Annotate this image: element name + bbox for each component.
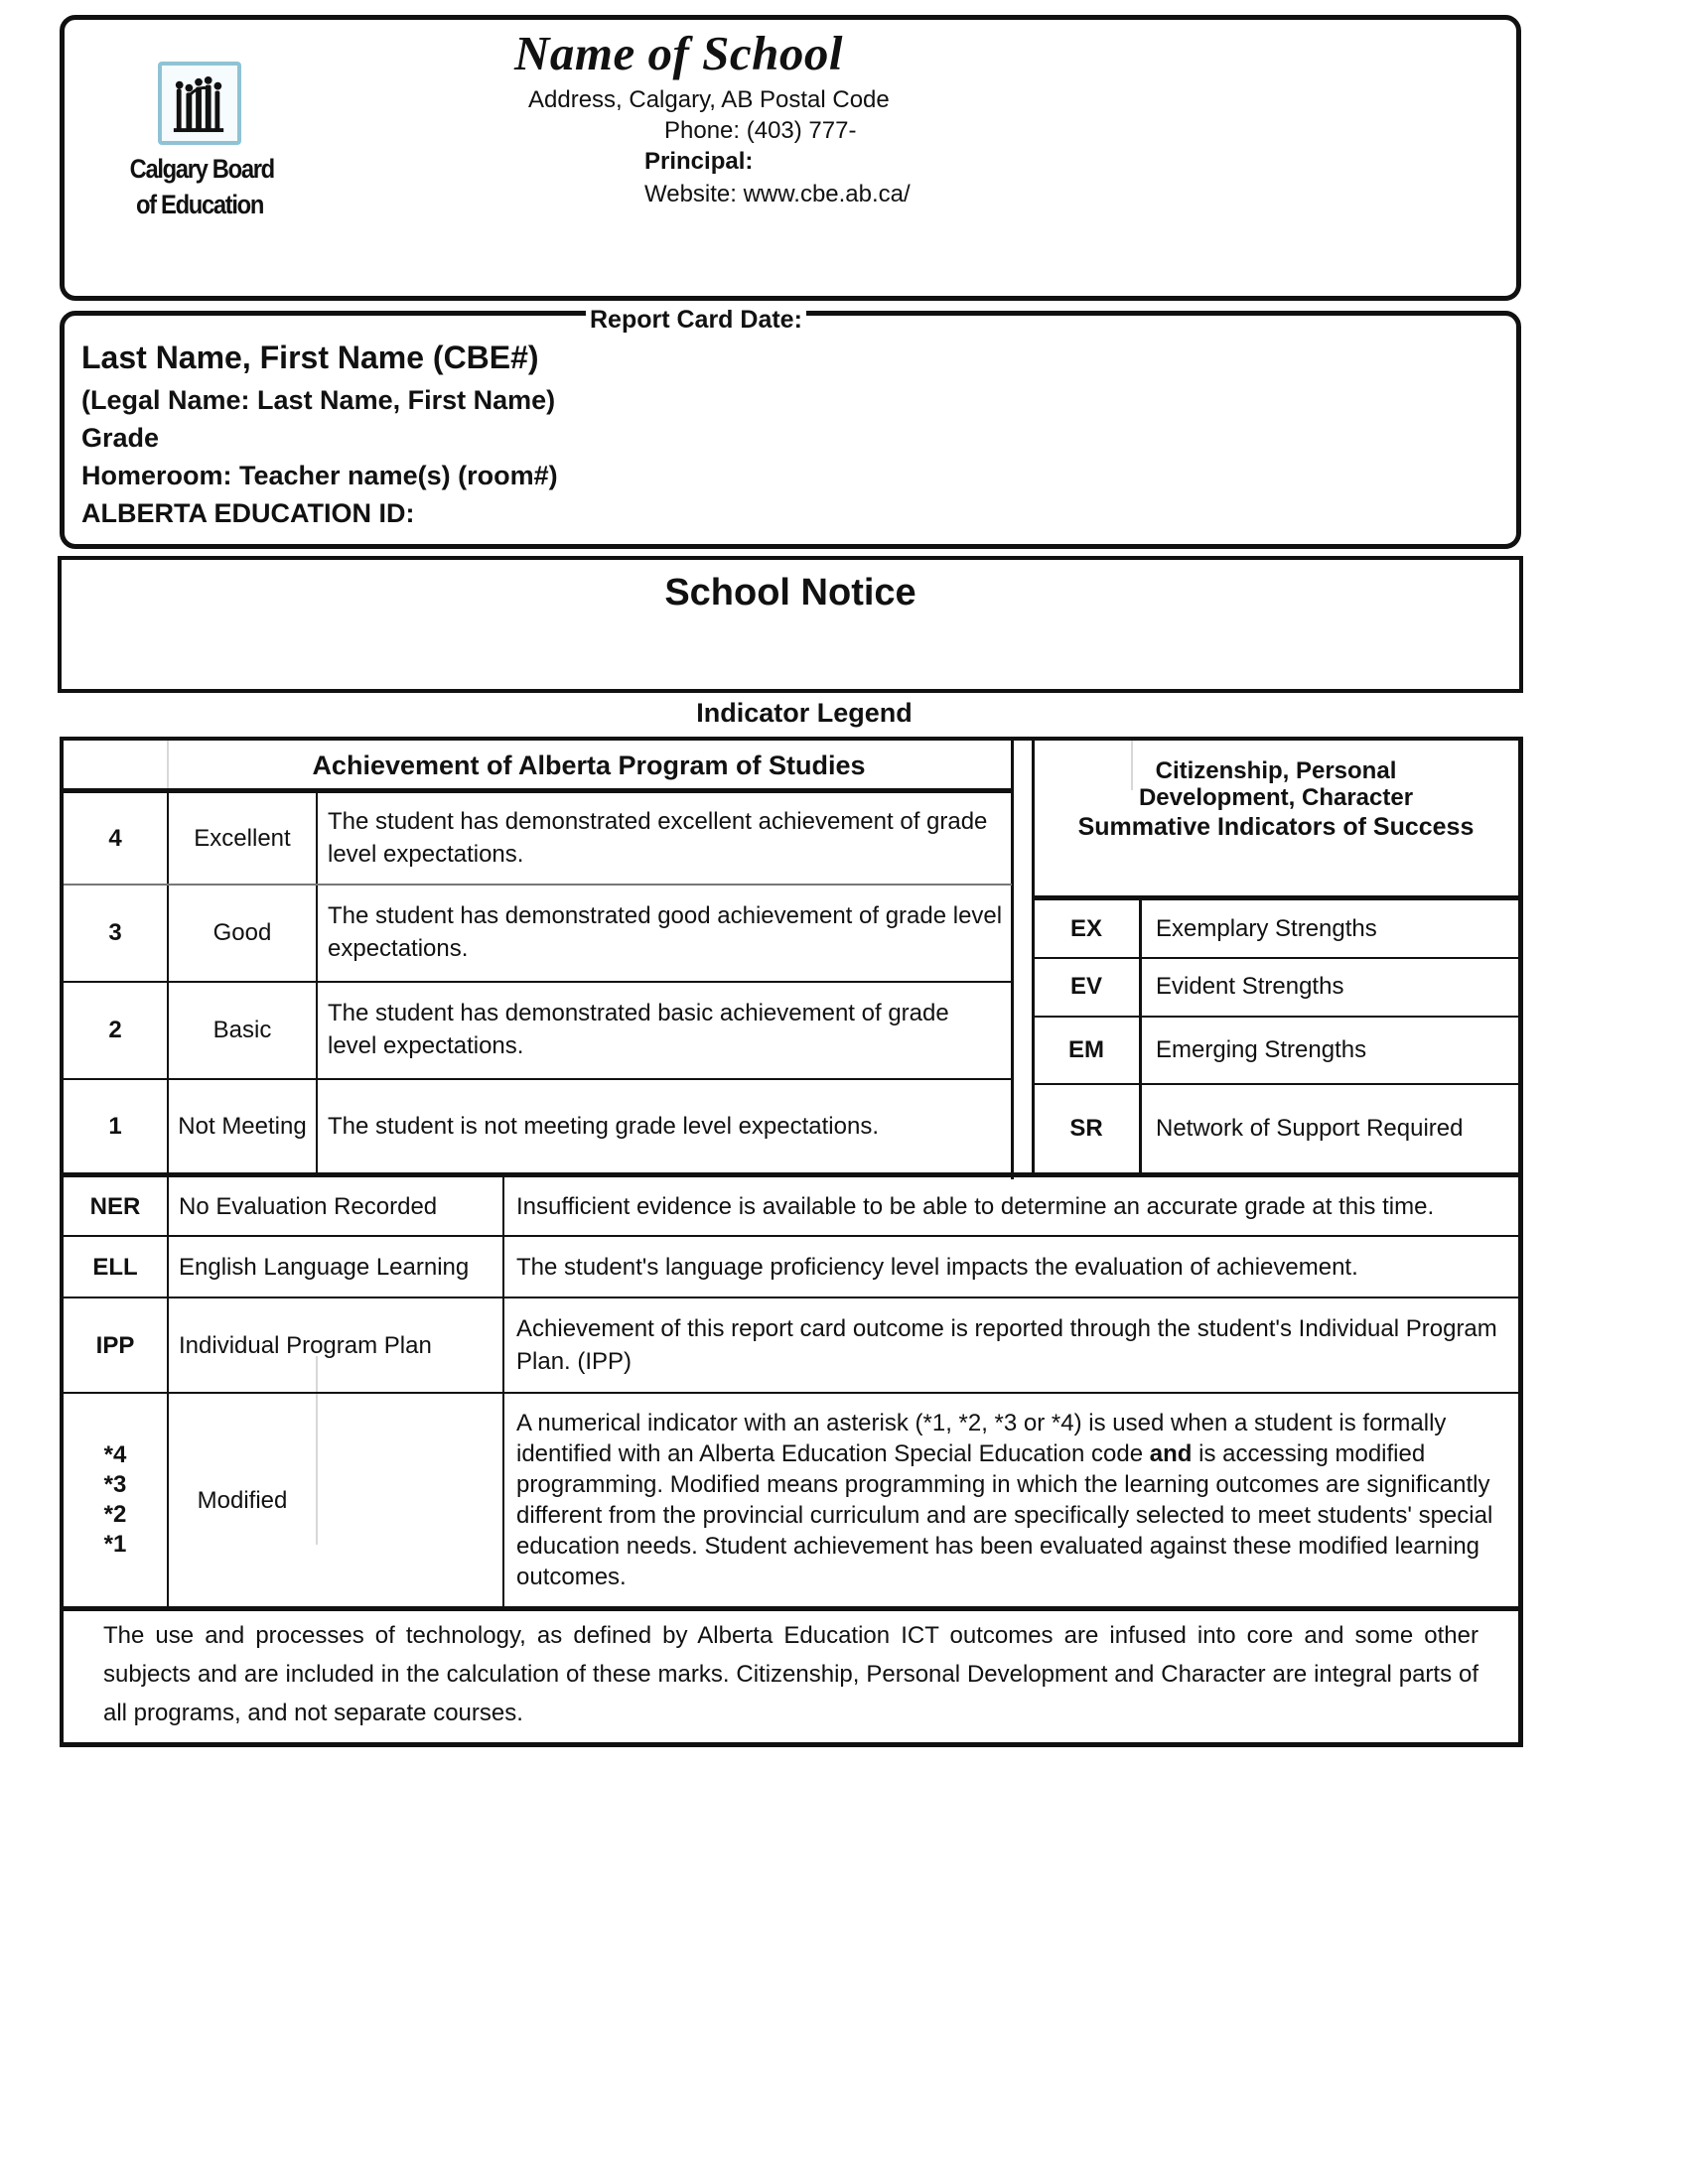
student-name: Last Name, First Name (CBE#) [81, 340, 539, 376]
citizenship-label: Exemplary Strengths [1156, 899, 1513, 957]
school-phone: Phone: (403) 777- [664, 117, 856, 145]
citizenship-code: EM [1034, 1016, 1139, 1083]
citizenship-label: Evident Strengths [1156, 957, 1513, 1016]
citizenship-code: EX [1034, 899, 1139, 957]
people-group-icon [158, 62, 241, 145]
modified-code: *3 [104, 1470, 127, 1500]
modified-label: Modified [169, 1394, 316, 1606]
achievement-label: Excellent [169, 792, 316, 884]
logo-text-line2: of Education [130, 187, 270, 222]
citizenship-header: Citizenship, Personal Development, Chara… [1034, 751, 1518, 850]
indicator-label: English Language Learning [179, 1237, 502, 1297]
indicator-description: The student's language proficiency level… [516, 1237, 1509, 1297]
indicator-description: Achievement of this report card outcome … [516, 1298, 1509, 1392]
school-address: Address, Calgary, AB Postal Code [528, 86, 890, 114]
modified-codes: *4*3*2*1 [64, 1394, 167, 1606]
citizenship-label: Network of Support Required [1156, 1083, 1513, 1172]
cbe-logo: Calgary Board of Education [120, 62, 279, 222]
indicator-code: IPP [64, 1298, 167, 1392]
achievement-label: Good [169, 884, 316, 981]
school-name: Name of School [514, 25, 843, 81]
citizenship-header-line1: Citizenship, Personal [1156, 757, 1397, 784]
school-header: Calgary Board of Education Name of Schoo… [60, 15, 1521, 301]
achievement-label: Basic [169, 981, 316, 1078]
logo-text-line1: Calgary Board [130, 151, 270, 187]
modified-description-text: A numerical indicator with an asterisk (… [516, 1408, 1509, 1592]
achievement-description: The student is not meeting grade level e… [318, 1078, 1003, 1173]
achievement-label: Not Meeting [169, 1078, 316, 1173]
divider [1139, 897, 1142, 1175]
indicator-code: ELL [64, 1237, 167, 1297]
indicator-legend-title: Indicator Legend [0, 698, 1609, 729]
school-notice-title: School Notice [62, 572, 1519, 614]
student-legal-name: (Legal Name: Last Name, First Name) [81, 385, 555, 416]
footer-note: The use and processes of technology, as … [103, 1616, 1478, 1732]
modified-description-bold: and [1150, 1440, 1193, 1467]
achievement-code: 4 [64, 792, 167, 884]
achievement-header: Achievement of Alberta Program of Studie… [167, 741, 1011, 790]
student-info: Report Card Date: Last Name, First Name … [60, 311, 1521, 549]
citizenship-header-line2: Development, Character [1139, 784, 1413, 811]
school-website[interactable]: Website: www.cbe.ab.ca/ [644, 181, 911, 208]
report-card-date-label: Report Card Date: [586, 306, 806, 335]
achievement-code: 2 [64, 981, 167, 1078]
school-notice-box: School Notice [58, 556, 1523, 693]
achievement-description: The student has demonstrated good achiev… [318, 884, 1003, 981]
modified-description: A numerical indicator with an asterisk (… [516, 1394, 1509, 1606]
divider [1011, 741, 1014, 1179]
modified-code: *4 [104, 1440, 127, 1470]
achievement-description: The student has demonstrated excellent a… [318, 792, 1003, 884]
indicator-label: Individual Program Plan [179, 1298, 502, 1392]
indicator-description: Insufficient evidence is available to be… [516, 1177, 1509, 1235]
achievement-code: 1 [64, 1078, 167, 1173]
divider [64, 1606, 1520, 1611]
citizenship-label: Emerging Strengths [1156, 1016, 1513, 1083]
achievement-code: 3 [64, 884, 167, 981]
student-grade: Grade [81, 423, 159, 454]
citizenship-code: EV [1034, 957, 1139, 1016]
citizenship-code: SR [1034, 1083, 1139, 1172]
achievement-description: The student has demonstrated basic achie… [318, 981, 1003, 1078]
student-homeroom: Homeroom: Teacher name(s) (room#) [81, 461, 558, 491]
modified-code: *2 [104, 1500, 127, 1530]
indicator-label: No Evaluation Recorded [179, 1177, 502, 1235]
alberta-education-id: ALBERTA EDUCATION ID: [81, 498, 414, 529]
principal-label: Principal: [644, 148, 753, 176]
citizenship-header-line3: Summative Indicators of Success [1078, 811, 1475, 844]
modified-code: *1 [104, 1530, 127, 1560]
indicator-legend-table: Achievement of Alberta Program of Studie… [60, 737, 1523, 1747]
indicator-code: NER [64, 1177, 167, 1235]
